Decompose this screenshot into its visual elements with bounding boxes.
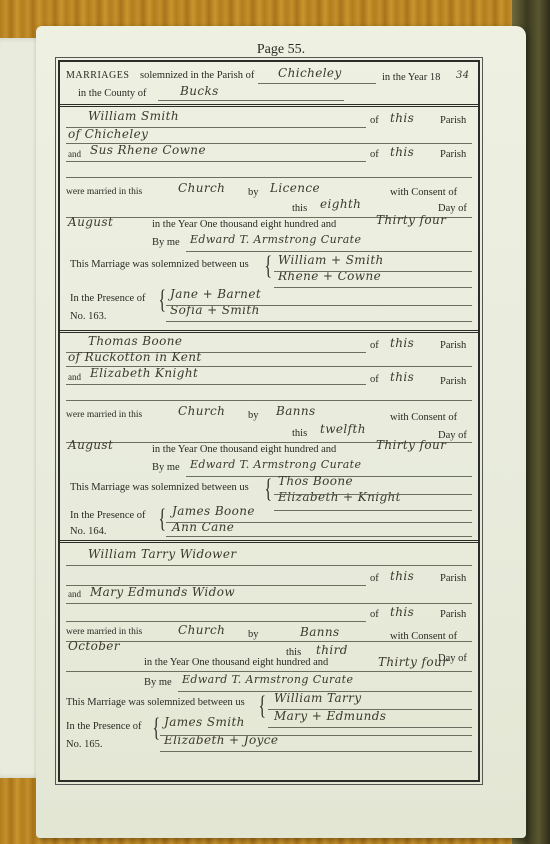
and-label: and [68,589,81,599]
bride-parish: this [390,370,414,384]
married-in-label: were married in this [66,627,142,637]
marriage-entry-164: Thomas Boone of this Parish of Ruckotton… [60,332,478,543]
of-label: of [370,340,379,351]
parish-label: Parish [440,149,466,160]
groom-signature: William + Smith [278,253,384,267]
and-label: and [68,372,81,382]
groom-name: William Tarry Widower [88,547,237,561]
groom-parish: this [390,336,414,350]
marriage-place: Church [178,623,225,637]
marriage-day: twelfth [320,422,366,436]
header-title-text: solemnized in the Parish of [140,70,254,81]
parish-label: Parish [440,609,466,620]
witness-1: James Boone [172,504,255,518]
married-in-label: were married in this [66,410,142,420]
of-label: of [370,149,379,160]
married-in-label: were married in this [66,187,142,197]
marriage-place: Church [178,181,225,195]
marriage-day: third [316,643,348,657]
by-me-label: By me [144,677,172,688]
this-label: this [292,203,307,214]
bride-signature: Mary + Edmunds [274,709,386,723]
officiant: Edward T. Armstrong Curate [190,458,361,471]
entry-number: No. 165. [66,739,102,750]
by-me-label: By me [152,462,180,473]
bride-name: Mary Edmunds Widow [90,585,235,599]
presence-label: In the Presence of [66,721,142,732]
marriage-place: Church [178,404,225,418]
marriage-by: Banns [276,404,316,418]
header-title-prefix: MARRIAGES [66,70,129,81]
marriage-register-table: MARRIAGES solemnized in the Parish of Ch… [58,60,480,782]
groom-residence: of Chicheley [68,127,148,141]
this-label: this [292,428,307,439]
groom-signature: William Tarry [274,691,362,705]
page-number: Page 55. [36,42,526,58]
marriage-entry-165: William Tarry Widower of this Parish and… [60,543,478,773]
groom-name: Thomas Boone [88,334,182,348]
parish-label: Parish [440,376,466,387]
marriage-month: August [68,438,113,452]
consent-label: with Consent of [390,187,457,198]
by-me-label: By me [152,237,180,248]
year-text-label: in the Year One thousand eight hundred a… [152,219,336,230]
header-county-label: in the County of [78,88,147,99]
marriage-by: Banns [300,625,340,639]
of-label: of [370,374,379,385]
entry-number: No. 164. [70,526,106,537]
presence-label: In the Presence of [70,510,146,521]
parish-label: Parish [440,340,466,351]
bride-parish: this [390,605,414,619]
groom-name: William Smith [88,109,179,123]
marriage-year-words: Thirty four [376,438,446,452]
register-page: Page 55. MARRIAGES solemnized in the Par… [36,26,526,838]
by-label: by [248,410,259,421]
presence-label: In the Presence of [70,293,146,304]
year-text-label: in the Year One thousand eight hundred a… [152,444,336,455]
year-text-label: in the Year One thousand eight hundred a… [144,657,328,668]
header-year-label: in the Year 18 [382,72,440,83]
bride-signature: Elizabeth + Knight [278,490,401,504]
marriage-month: October [68,639,120,653]
by-label: by [248,629,259,640]
groom-parish: this [390,111,414,125]
marriage-by: Licence [270,181,320,195]
groom-signature: Thos Boone [278,474,353,488]
solemnized-label: This Marriage was solemnized between us [70,259,249,270]
of-label: of [370,609,379,620]
bride-parish: this [390,145,414,159]
groom-parish: this [390,569,414,583]
parish-label: Parish [440,115,466,126]
and-label: and [68,149,81,159]
of-label: of [370,573,379,584]
bride-name: Elizabeth Knight [90,366,198,380]
marriage-year-words: Thirty four [378,655,448,669]
marriage-day: eighth [320,197,361,211]
header-year: 34 [456,70,470,81]
register-header: MARRIAGES solemnized in the Parish of Ch… [60,62,478,107]
marriage-entry-163: William Smith of this Parish of Chichele… [60,107,478,333]
header-county: Bucks [180,84,219,98]
parish-label: Parish [440,573,466,584]
witness-1: James Smith [164,715,245,729]
witness-1: Jane + Barnet [170,287,261,301]
of-label: of [370,115,379,126]
groom-residence: of Ruckotton in Kent [68,350,202,364]
officiant: Edward T. Armstrong Curate [190,233,361,246]
by-label: by [248,187,259,198]
consent-label: with Consent of [390,412,457,423]
bride-name: Sus Rhene Cowne [90,143,206,157]
solemnized-label: This Marriage was solemnized between us [70,482,249,493]
entry-number: No. 163. [70,311,106,322]
officiant: Edward T. Armstrong Curate [182,673,353,686]
header-parish: Chicheley [278,66,342,80]
solemnized-label: This Marriage was solemnized between us [66,697,245,708]
marriage-month: August [68,215,113,229]
marriage-year-words: Thirty four [376,213,446,227]
